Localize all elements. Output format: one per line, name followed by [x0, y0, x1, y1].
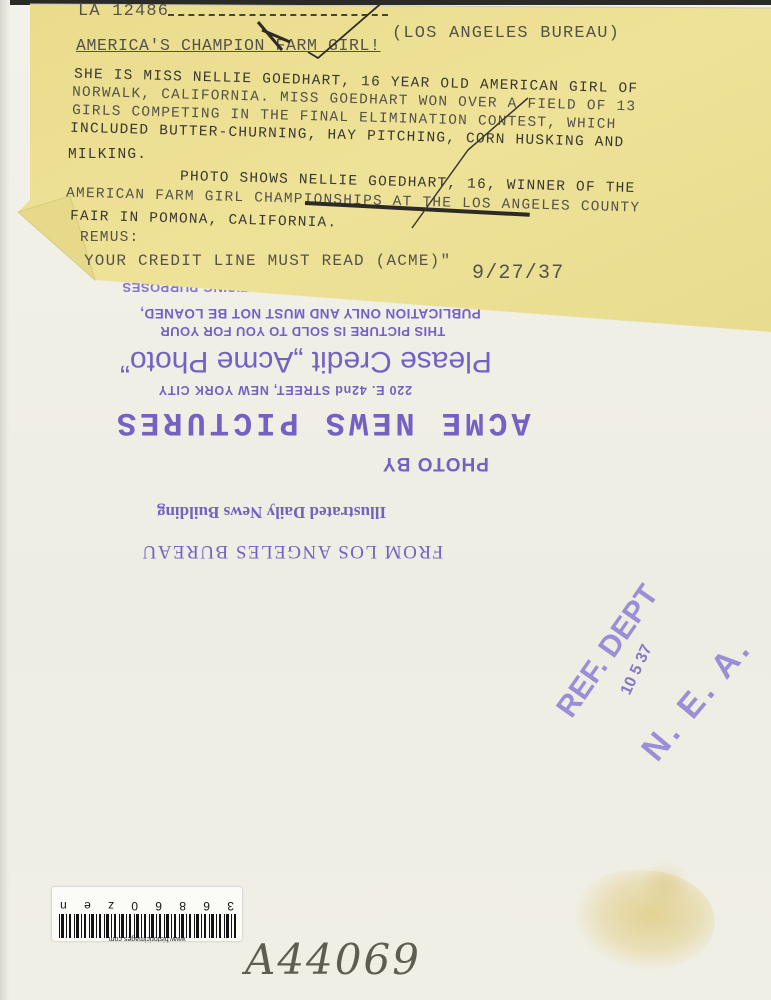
caption-date: 9/27/37 — [472, 262, 564, 285]
pen-check-marks — [0, 0, 771, 240]
stamp-address: 220 E. 42nd STREET, NEW YORK CITY — [158, 383, 412, 397]
barcode-code: 3 6 8 6 0 z e n — [60, 899, 234, 913]
caption-sheet: LA 12486 (LOS ANGELES BUREAU) AMERICA'S … — [0, 0, 771, 340]
stamp-bureau: FROM LOS ANGELES BUREAU — [141, 540, 443, 562]
stamp-agency: ACME NEWS PICTURES — [113, 404, 531, 441]
stamp-photo-by: PHOTO BY — [382, 452, 489, 474]
barcode-url: www.historicimages.com — [52, 935, 242, 942]
stamp-please-credit: Please Credit „Acme Photo” — [120, 344, 492, 378]
handwritten-id: A44069 — [245, 935, 421, 984]
water-stain-spot — [640, 860, 690, 910]
barcode-label: 3 6 8 6 0 z e n www.historicimages.com — [52, 887, 242, 941]
photo-back: ADVERTISING PURPOSES PUBLICATION ONLY AN… — [0, 0, 771, 1000]
caption-credit-line: YOUR CREDIT LINE MUST READ (ACME)" — [84, 252, 451, 270]
stamp-building: Illustrated Daily News Building — [157, 502, 386, 522]
